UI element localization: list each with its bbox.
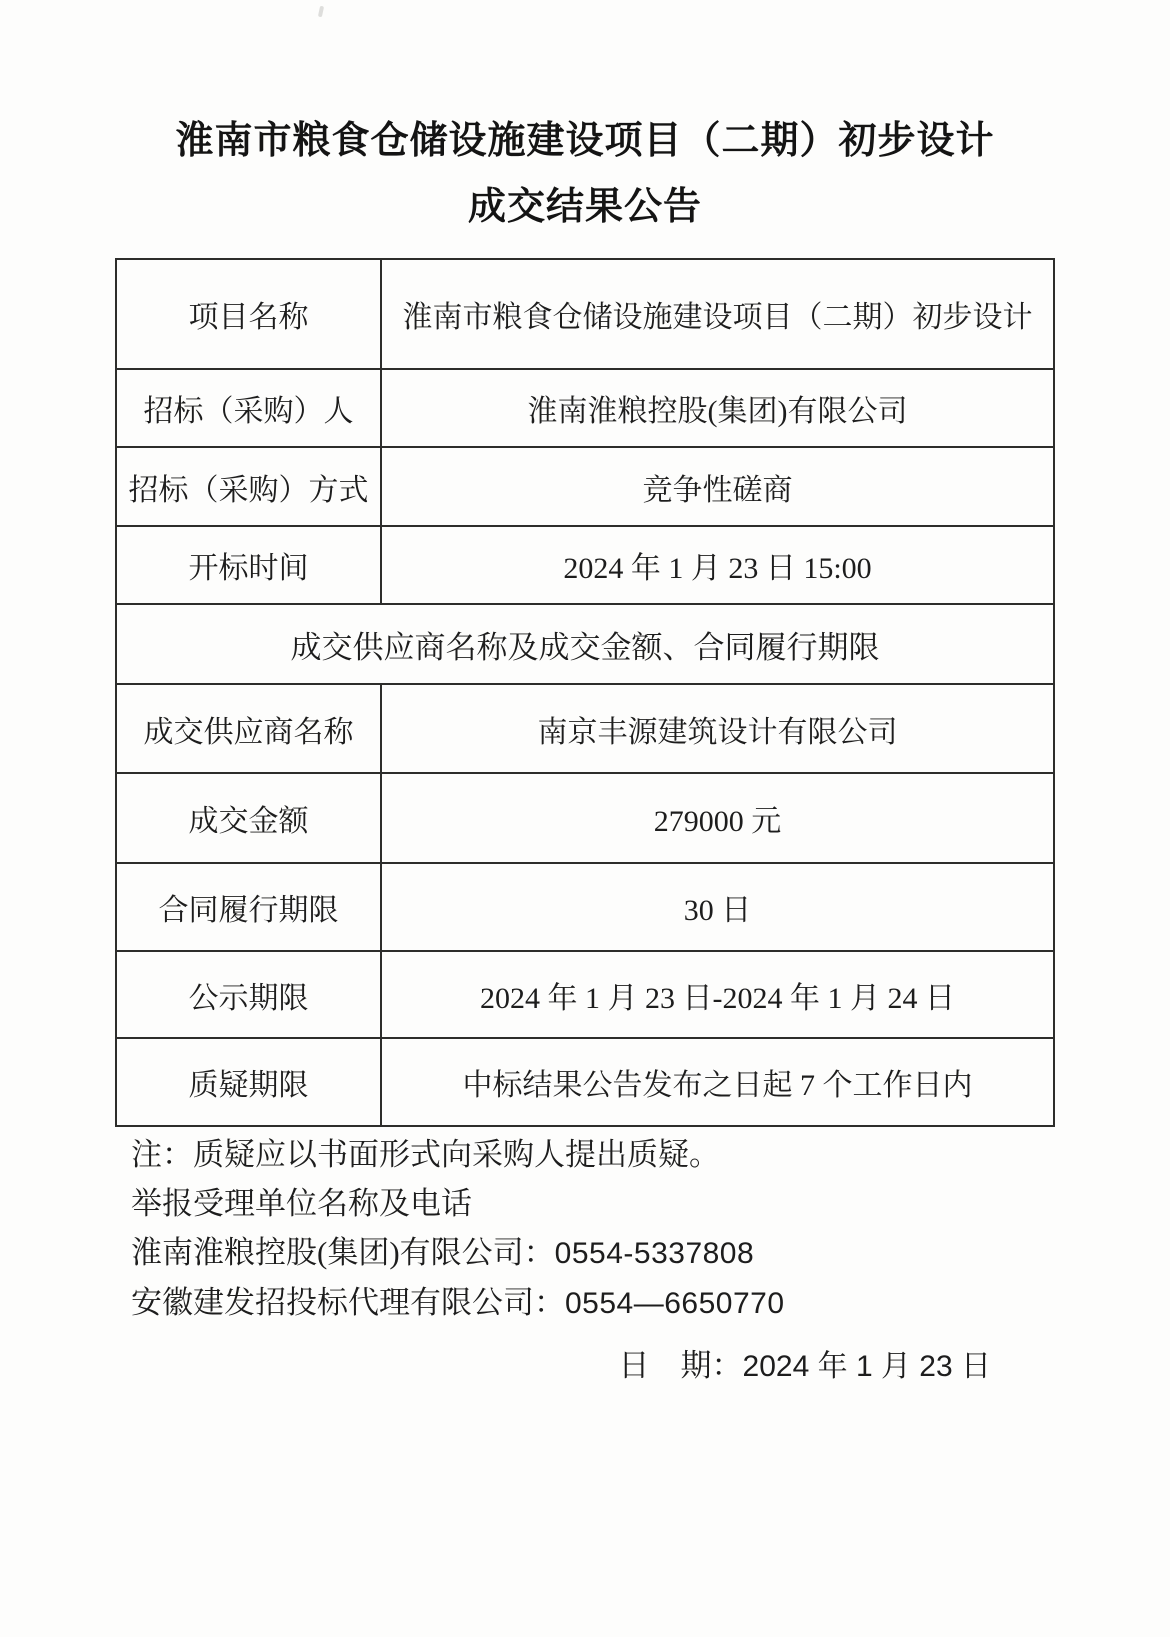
note-line: 注：质疑应以书面形式向采购人提出质疑。 [115,1130,1053,1179]
table-row-supplier-name: 成交供应商名称 南京丰源建筑设计有限公司 [116,684,1054,773]
row-value: 南京丰源建筑设计有限公司 [381,684,1054,773]
scan-artifact [318,6,324,18]
document-title: 淮南市粮食仓储设施建设项目（二期）初步设计 成交结果公告 [0,108,1170,240]
date-label: 日 期： [619,1348,743,1383]
result-table: 项目名称 淮南市粮食仓储设施建设项目（二期）初步设计 招标（采购）人 淮南淮粮控… [115,258,1055,1127]
row-label: 成交供应商名称 [116,684,381,773]
table-row-objection-period: 质疑期限 中标结果公告发布之日起 7 个工作日内 [116,1038,1054,1126]
row-value: 2024 年 1 月 23 日-2024 年 1 月 24 日 [381,951,1054,1038]
table-row-procurement-method: 招标（采购）方式 竞争性磋商 [116,447,1054,526]
title-line-1: 淮南市粮食仓储设施建设项目（二期）初步设计 [0,108,1170,174]
notes-section: 注：质疑应以书面形式向采购人提出质疑。 举报受理单位名称及电话 淮南淮粮控股(集… [115,1130,1053,1391]
row-value: 30 日 [381,863,1054,951]
row-label: 开标时间 [116,526,381,604]
row-label: 招标（采购）方式 [116,447,381,526]
section-header-cell: 成交供应商名称及成交金额、合同履行期限 [116,604,1054,684]
report-heading: 举报受理单位名称及电话 [115,1179,1053,1228]
table-row-project-name: 项目名称 淮南市粮食仓储设施建设项目（二期）初步设计 [116,259,1054,369]
contact-phone: 0554—6650770 [565,1287,785,1320]
date-value: 2024 年 1 月 23 日 [743,1350,991,1383]
row-value: 淮南淮粮控股(集团)有限公司 [381,369,1054,447]
table-row-award-amount: 成交金额 279000 元 [116,773,1054,863]
row-label: 成交金额 [116,773,381,863]
table-row-section-header: 成交供应商名称及成交金额、合同履行期限 [116,604,1054,684]
row-value: 竞争性磋商 [381,447,1054,526]
row-label: 质疑期限 [116,1038,381,1126]
row-label: 合同履行期限 [116,863,381,951]
date-line: 日 期：2024 年 1 月 23 日 [115,1341,1053,1391]
row-label: 招标（采购）人 [116,369,381,447]
table-row-publicity-period: 公示期限 2024 年 1 月 23 日-2024 年 1 月 24 日 [116,951,1054,1038]
row-value: 淮南市粮食仓储设施建设项目（二期）初步设计 [381,259,1054,369]
row-label: 项目名称 [116,259,381,369]
table-row-bid-opening-time: 开标时间 2024 年 1 月 23 日 15:00 [116,526,1054,604]
contact-phone: 0554-5337808 [555,1237,755,1270]
contact-line-anhui: 安徽建发招投标代理有限公司：0554—6650770 [115,1278,1053,1328]
row-label: 公示期限 [116,951,381,1038]
table-row-contract-term: 合同履行期限 30 日 [116,863,1054,951]
title-line-2: 成交结果公告 [0,174,1170,240]
contact-name: 安徽建发招投标代理有限公司： [131,1285,565,1320]
row-value: 279000 元 [381,773,1054,863]
row-value: 中标结果公告发布之日起 7 个工作日内 [381,1038,1054,1126]
contact-name: 淮南淮粮控股(集团)有限公司： [131,1235,555,1270]
document-page: 淮南市粮食仓储设施建设项目（二期）初步设计 成交结果公告 项目名称 淮南市粮食仓… [0,0,1170,1637]
row-value: 2024 年 1 月 23 日 15:00 [381,526,1054,604]
contact-line-huainan: 淮南淮粮控股(集团)有限公司：0554-5337808 [115,1228,1053,1278]
table-row-purchaser: 招标（采购）人 淮南淮粮控股(集团)有限公司 [116,369,1054,447]
